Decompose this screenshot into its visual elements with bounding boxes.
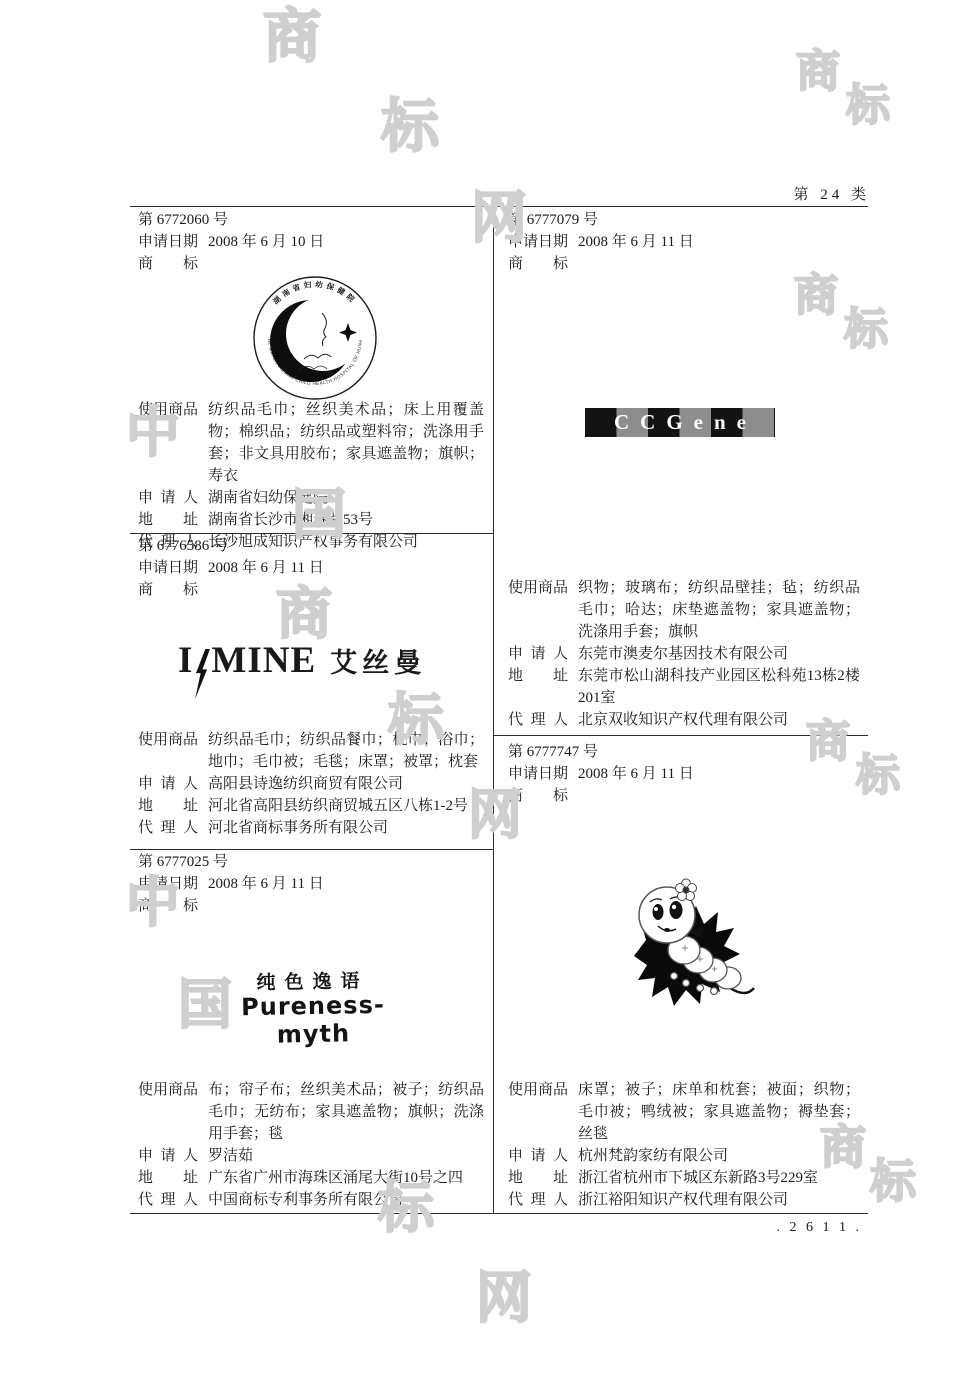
trademark-entry: 第 6772060 号 申请日期2008 年 6 月 10 日 商标 湖南省妇幼… [138, 209, 484, 535]
address-label: 地址 [138, 1167, 198, 1189]
address-value: 东莞市松山湖科技产业园区松科苑13栋2楼201室 [578, 665, 860, 709]
page-number: . 2 6 1 1 . [777, 1220, 863, 1236]
goods-label: 使用商品 [138, 399, 198, 421]
class-heading: 第 24 类 [793, 183, 870, 204]
entry-info: 使用商品织物；玻璃布；纺织品壁挂；毡；纺织品毛巾；哈达；床垫遮盖物；家具遮盖物；… [508, 577, 860, 731]
applicant-label: 申请人 [138, 487, 198, 509]
agent-label: 代理人 [508, 1189, 568, 1211]
left-divider-2 [130, 849, 493, 850]
gazette-page: 第 24 类 第 6772060 号 申请日期2008 年 6 月 10 日 商… [0, 0, 980, 1400]
lightning-bolt-icon [194, 649, 211, 701]
mark-label: 商标 [138, 579, 198, 601]
mark-label: 商标 [138, 253, 198, 275]
trademark-entry: 第 6777079 号 申请日期2008 年 6 月 11 日 商标 CCGen… [508, 209, 860, 735]
goods-value: 床罩；被子；床单和枕套；被面；织物；毛巾被；鸭绒被；家具遮盖物；褥垫套；丝毯 [578, 1079, 860, 1145]
applicant-label: 申请人 [508, 643, 568, 665]
applicant-label: 申请人 [508, 1145, 568, 1167]
pureness-myth-mark: 纯色逸语 Pureness-myth [207, 965, 418, 1050]
ismine-logo-mark: IMINE艾丝曼 [178, 639, 426, 691]
goods-label: 使用商品 [138, 729, 198, 751]
hospital-emblem-icon: 湖南省妇幼保健院 THE MATERNAL AND CHILD HEALTH H… [252, 275, 378, 401]
column-divider [493, 206, 494, 1213]
address-value: 河北省高阳县纺织商贸城五区八栋1-2号 [208, 795, 484, 817]
flower-icon [676, 879, 697, 901]
bottom-rule [130, 1213, 868, 1214]
ccgene-logo-mark: CCGene [585, 408, 775, 437]
application-number: 第 6776586 号 [138, 535, 484, 557]
mark-label: 商标 [508, 253, 568, 275]
ccgene-text: CCGene [603, 410, 757, 435]
applicant-value: 湖南省妇幼保健院 [208, 487, 484, 509]
agent-value: 浙江裕阳知识产权代理有限公司 [578, 1189, 860, 1211]
entry-head: 第 6777025 号 申请日期2008 年 6 月 11 日 商标 [138, 851, 484, 917]
trademark-entry: 第 6777747 号 申请日期2008 年 6 月 11 日 商标 [508, 741, 860, 1211]
application-number: 第 6777025 号 [138, 851, 484, 873]
applicant-value: 东莞市澳麦尔基因技术有限公司 [578, 643, 860, 665]
right-divider-1 [493, 735, 868, 736]
entry-head: 第 6776586 号 申请日期2008 年 6 月 11 日 商标 [138, 535, 484, 601]
application-number: 第 6777079 号 [508, 209, 860, 231]
applicant-label: 申请人 [138, 773, 198, 795]
entry-head: 第 6772060 号 申请日期2008 年 6 月 10 日 商标 [138, 209, 484, 275]
applicant-value: 高阳县诗逸纺织商贸有限公司 [208, 773, 484, 795]
applicant-value: 罗洁茹 [208, 1145, 484, 1167]
ismine-letters-mine: MINE [211, 639, 316, 682]
application-number: 第 6777747 号 [508, 741, 860, 763]
top-rule [130, 206, 868, 207]
pureness-english: Pureness-myth [208, 990, 419, 1050]
ismine-chinese: 艾丝曼 [330, 641, 426, 680]
date-label: 申请日期 [138, 231, 198, 253]
agent-value: 中国商标专利事务所有限公司 [208, 1189, 484, 1211]
mark-label: 商标 [508, 785, 568, 807]
date-value: 2008 年 6 月 11 日 [208, 873, 484, 895]
trademark-entry: 第 6777025 号 申请日期2008 年 6 月 11 日 商标 纯色逸语 … [138, 851, 484, 1211]
date-label: 申请日期 [138, 873, 198, 895]
application-number: 第 6772060 号 [138, 209, 484, 231]
date-value: 2008 年 6 月 11 日 [578, 231, 860, 253]
goods-value: 布；帘子布；丝织美术品；被子；纺织品毛巾；无纺布；家具遮盖物；旗帜；洗涤用手套；… [208, 1079, 484, 1145]
goods-value: 织物；玻璃布；纺织品壁挂；毡；纺织品毛巾；哈达；床垫遮盖物；家具遮盖物；洗涤用手… [578, 577, 860, 643]
agent-value: 北京双收知识产权代理有限公司 [578, 709, 860, 731]
goods-value: 纺织品毛巾；纺织品餐巾；枕巾；浴巾；地巾；毛巾被；毛毯；床罩；被罩；枕套 [208, 729, 484, 773]
caterpillar-leaf-mark [612, 860, 757, 1043]
date-value: 2008 年 6 月 11 日 [208, 557, 484, 579]
goods-value: 纺织品毛巾；丝织美术品；床上用覆盖物；棉织品；纺织品或塑料帘；洗涤用手套；非文具… [208, 399, 484, 487]
entry-info: 使用商品纺织品毛巾；丝织美术品；床上用覆盖物；棉织品；纺织品或塑料帘；洗涤用手套… [138, 399, 484, 553]
caterpillar-leaf-icon [612, 860, 757, 1038]
entry-info: 使用商品床罩；被子；床单和枕套；被面；织物；毛巾被；鸭绒被；家具遮盖物；褥垫套；… [508, 1079, 860, 1211]
address-value: 广东省广州市海珠区涌尾大街10号之四 [208, 1167, 484, 1189]
hospital-emblem-mark: 湖南省妇幼保健院 THE MATERNAL AND CHILD HEALTH H… [252, 275, 378, 406]
date-value: 2008 年 6 月 10 日 [208, 231, 484, 253]
date-label: 申请日期 [138, 557, 198, 579]
entry-head: 第 6777079 号 申请日期2008 年 6 月 11 日 商标 [508, 209, 860, 275]
leaf-stem [730, 988, 754, 993]
agent-label: 代理人 [508, 709, 568, 731]
agent-label: 代理人 [138, 817, 198, 839]
entry-info: 使用商品纺织品毛巾；纺织品餐巾；枕巾；浴巾；地巾；毛巾被；毛毯；床罩；被罩；枕套… [138, 729, 484, 839]
date-label: 申请日期 [508, 231, 568, 253]
page-content: 第 24 类 第 6772060 号 申请日期2008 年 6 月 10 日 商… [0, 0, 980, 1400]
address-label: 地址 [508, 1167, 568, 1189]
entry-info: 使用商品布；帘子布；丝织美术品；被子；纺织品毛巾；无纺布；家具遮盖物；旗帜；洗涤… [138, 1079, 484, 1211]
date-value: 2008 年 6 月 11 日 [578, 763, 860, 785]
goods-label: 使用商品 [508, 577, 568, 599]
date-label: 申请日期 [508, 763, 568, 785]
goods-label: 使用商品 [138, 1079, 198, 1101]
address-value: 湖南省长沙市湘春路53号 [208, 509, 484, 531]
address-value: 浙江省杭州市下城区东新路3号229室 [578, 1167, 860, 1189]
goods-label: 使用商品 [508, 1079, 568, 1101]
agent-value: 河北省商标事务所有限公司 [208, 817, 484, 839]
agent-label: 代理人 [138, 1189, 198, 1211]
applicant-value: 杭州梵韵家纺有限公司 [578, 1145, 860, 1167]
trademark-entry: 第 6776586 号 申请日期2008 年 6 月 11 日 商标 IMINE… [138, 535, 484, 849]
address-label: 地址 [508, 665, 568, 687]
address-label: 地址 [138, 795, 198, 817]
address-label: 地址 [138, 509, 198, 531]
ismine-letter-i: I [178, 639, 193, 682]
entry-head: 第 6777747 号 申请日期2008 年 6 月 11 日 商标 [508, 741, 860, 807]
mark-label: 商标 [138, 895, 198, 917]
applicant-label: 申请人 [138, 1145, 198, 1167]
